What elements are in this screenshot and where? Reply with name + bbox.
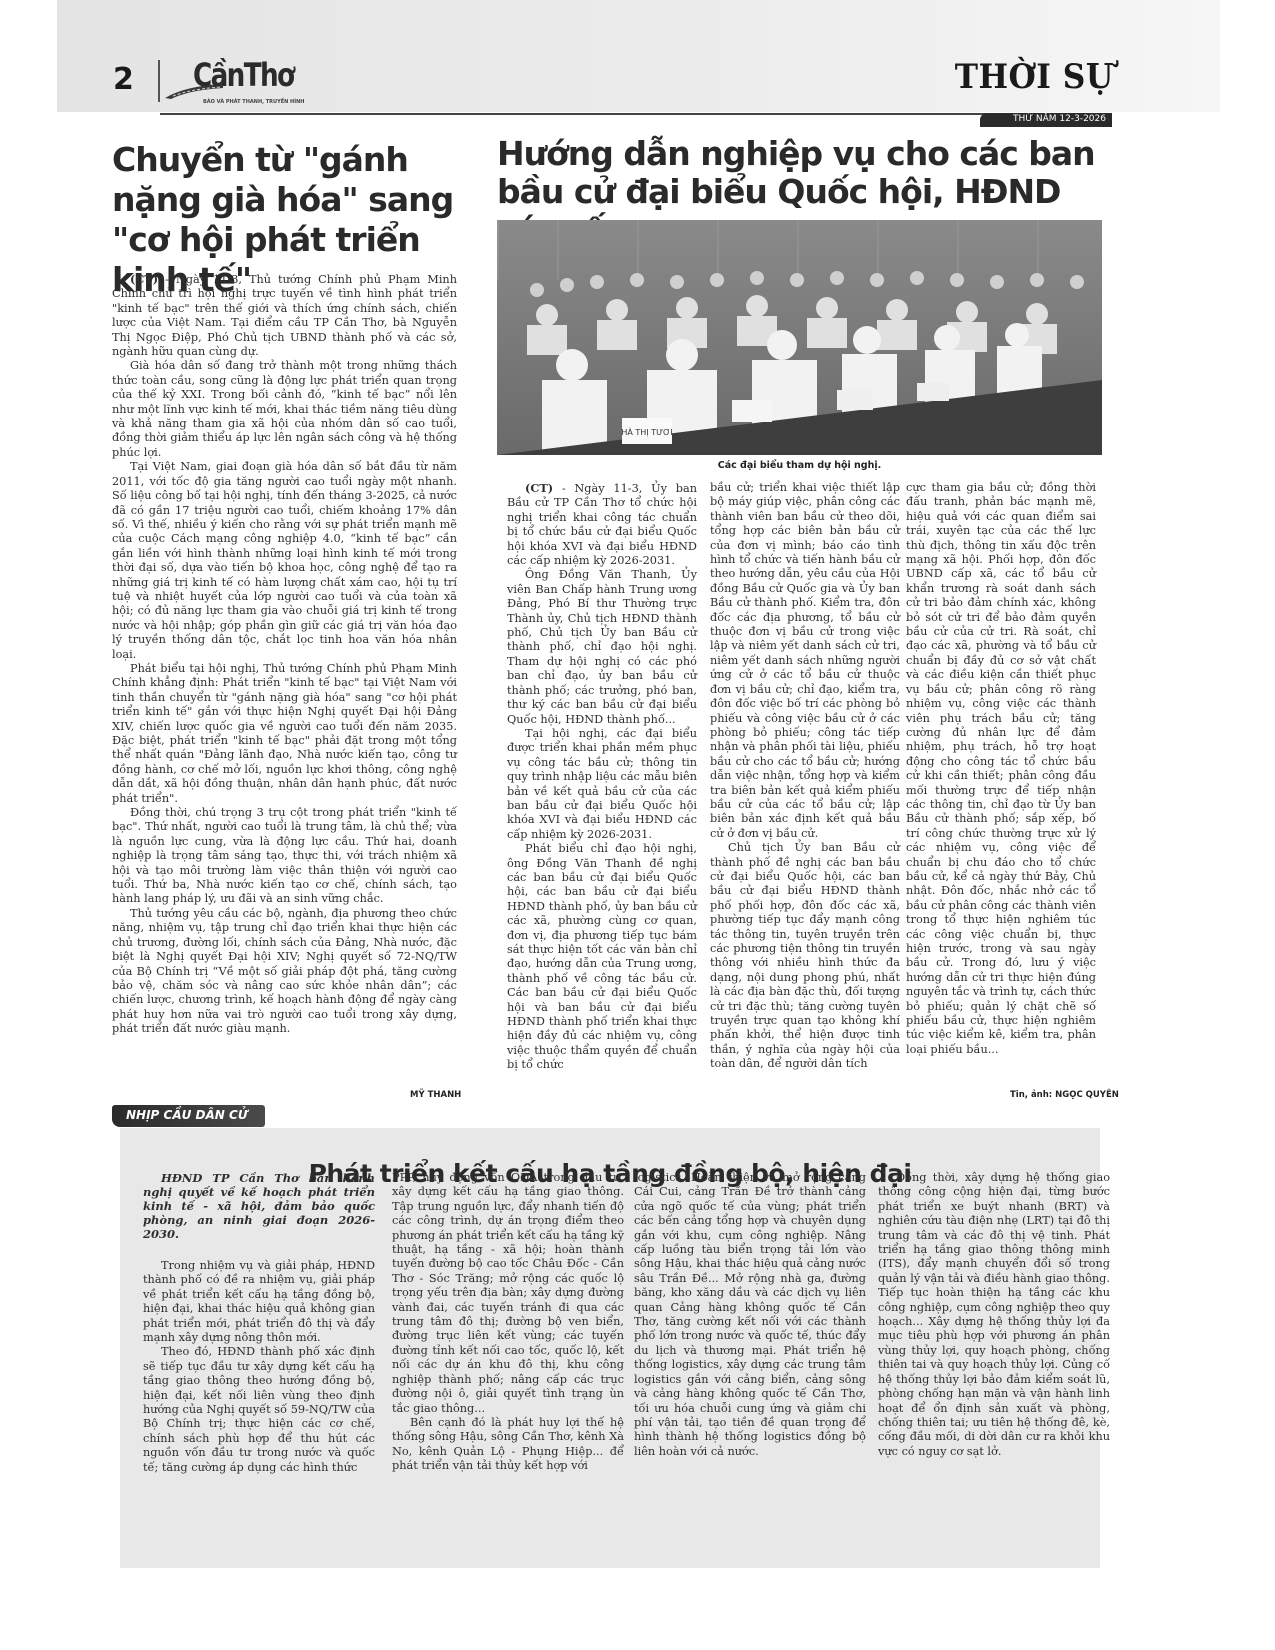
article1-paragraph: Đồng thời, chú trọng 3 trụ cột trong phá…: [112, 806, 457, 907]
newspaper-logo: CầnThơ BÁO VÀ PHÁT THANH, TRUYỀN HÌNH: [165, 56, 315, 108]
article3-column-3: logistics. Hoàn thiện và mở rộng cảng Cá…: [634, 1171, 866, 1459]
article1-paragraph: Phát biểu tại hội nghị, Thủ tướng Chính …: [112, 662, 457, 806]
article2-column-2: bầu cử; triển khai việc thiết lập bộ máy…: [710, 481, 900, 1072]
article2-paragraph: Tại hội nghị, các đại biểu được triển kh…: [507, 727, 697, 842]
infrastructure-box: Phát triển kết cấu hạ tầng đồng bộ, hiện…: [120, 1128, 1100, 1568]
masthead-divider: [158, 60, 160, 102]
photo-caption: Các đại biểu tham dự hội nghị.: [497, 460, 1102, 471]
article3-paragraph: logistics. Hoàn thiện và mở rộng cảng Cá…: [634, 1171, 866, 1459]
article2-paragraph: (CT) - Ngày 11-3, Ủy ban Bầu cử TP Cần T…: [507, 481, 697, 568]
rubric-tab: NHỊP CẦU DÂN CỬ: [112, 1105, 265, 1127]
date-tab: THỨ NĂM 12-3-2026: [980, 113, 1112, 127]
article1-lead-tag: (CT): [130, 272, 158, 286]
conference-photo: HÀ THỊ TƯƠI: [497, 220, 1102, 455]
page-number: 2: [113, 62, 134, 97]
article3-column-2: PPP, huy động vốn ODA trong đầu tư, xây …: [392, 1171, 624, 1474]
logo-wordmark: CầnThơ: [193, 56, 293, 94]
logo-tagline: BÁO VÀ PHÁT THANH, TRUYỀN HÌNH: [203, 99, 304, 105]
article3-paragraph: PPP, huy động vốn ODA trong đầu tư, xây …: [392, 1171, 624, 1416]
article1-paragraph: (CT) - Ngày 11-3, Thủ tướng Chính phủ Ph…: [112, 272, 457, 359]
article2-byline: Tin, ảnh: NGỌC QUYÊN: [1010, 1090, 1119, 1100]
article3-column-1: HĐND TP Cần Thơ ban hành nghị quyết về k…: [143, 1171, 375, 1475]
article3-paragraph: Trong nhiệm vụ và giải pháp, HĐND thành …: [143, 1259, 375, 1345]
header-rule: [160, 113, 1100, 115]
rubric-label: NHỊP CẦU DÂN CỬ: [126, 1108, 248, 1122]
article2-lead-tag: (CT): [525, 481, 553, 495]
article1-paragraph: Già hóa dân số đang trở thành một trong …: [112, 359, 457, 460]
article2-column-1: (CT) - Ngày 11-3, Ủy ban Bầu cử TP Cần T…: [507, 481, 697, 1073]
article1-byline: MỸ THANH: [410, 1090, 461, 1100]
article2-paragraph: cực tham gia bầu cử; đồng thời đấu tranh…: [906, 481, 1096, 1057]
article3-paragraph: Bên cạnh đó là phát huy lợi thế hệ thống…: [392, 1416, 624, 1474]
article2-paragraph: Ông Đồng Văn Thanh, Ủy viên Ban Chấp hàn…: [507, 568, 697, 726]
article2-paragraph: Chủ tịch Ủy ban Bầu cử thành phố đề nghị…: [710, 841, 900, 1072]
article1-paragraph: Tại Việt Nam, giai đoạn già hóa dân số b…: [112, 460, 457, 662]
photo-illustration: HÀ THỊ TƯƠI: [497, 220, 1102, 455]
article1-paragraph: Thủ tướng yêu cầu các bộ, ngành, địa phư…: [112, 907, 457, 1037]
article3-column-4: Đồng thời, xây dựng hệ thống giao thông …: [878, 1171, 1110, 1459]
article2-paragraph: bầu cử; triển khai việc thiết lập bộ máy…: [710, 481, 900, 841]
article1-body: (CT) - Ngày 11-3, Thủ tướng Chính phủ Ph…: [112, 272, 457, 1037]
photo-nameplate: HÀ THỊ TƯƠI: [621, 426, 672, 438]
issue-date: THỨ NĂM 12-3-2026: [1013, 114, 1106, 124]
article2-column-3: cực tham gia bầu cử; đồng thời đấu tranh…: [906, 481, 1096, 1057]
article3-sapo: HĐND TP Cần Thơ ban hành nghị quyết về k…: [143, 1171, 375, 1241]
article3-paragraph: Đồng thời, xây dựng hệ thống giao thông …: [878, 1171, 1110, 1459]
section-title: THỜI SỰ: [954, 57, 1113, 97]
article2-paragraph: Phát biểu chỉ đạo hội nghị, ông Đồng Văn…: [507, 842, 697, 1073]
article3-paragraph: Theo đó, HĐND thành phố xác định sẽ tiếp…: [143, 1345, 375, 1475]
